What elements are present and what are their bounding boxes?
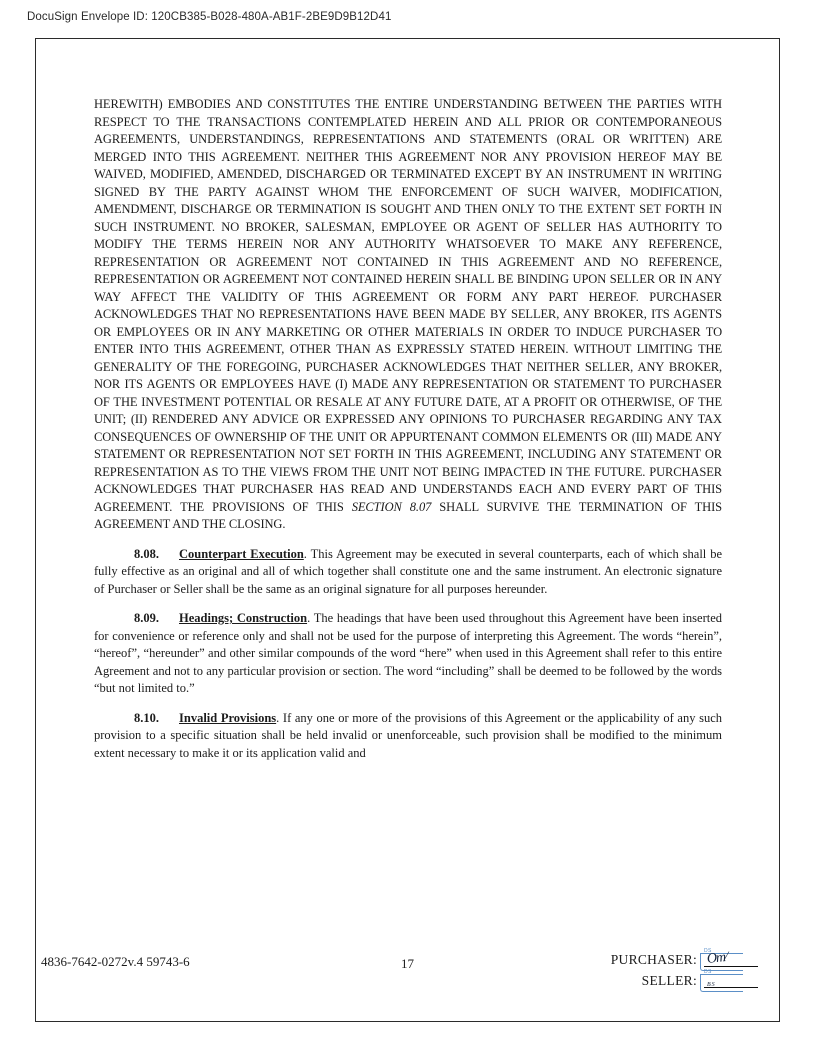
docusign-initial-field-purchaser[interactable]: DS Om∕ (698, 949, 760, 970)
paragraph-text: HEREWITH) EMBODIES AND CONSTITUTES THE E… (94, 97, 722, 514)
section-8-09: 8.09.Headings; Construction. The heading… (94, 610, 722, 698)
docusign-initial-field-seller[interactable]: DS bs (698, 970, 760, 991)
section-heading: Invalid Provisions (179, 711, 276, 725)
purchaser-label: PURCHASER: (611, 950, 697, 970)
docusign-ds-icon: DS (704, 969, 712, 975)
document-body: HEREWITH) EMBODIES AND CONSTITUTES THE E… (94, 96, 722, 762)
docusign-envelope-id: DocuSign Envelope ID: 120CB385-B028-480A… (27, 11, 391, 23)
purchaser-initials: Om∕ (706, 950, 727, 968)
section-heading: Headings; Construction (179, 611, 307, 625)
section-number: 8.09. (134, 611, 179, 625)
seller-label: SELLER: (611, 971, 697, 991)
document-page: HEREWITH) EMBODIES AND CONSTITUTES THE E… (35, 38, 780, 1022)
paragraph-section-8-07-continuation: HEREWITH) EMBODIES AND CONSTITUTES THE E… (94, 96, 722, 534)
section-8-10: 8.10.Invalid Provisions. If any one or m… (94, 710, 722, 763)
section-number: 8.08. (134, 547, 179, 561)
seller-initials: bs (707, 978, 716, 988)
section-heading: Counterpart Execution (179, 547, 304, 561)
section-number: 8.10. (134, 711, 179, 725)
footer-initials-block: PURCHASER: DS Om∕ SELLER: DS bs (611, 949, 760, 991)
section-8-08: 8.08.Counterpart Execution. This Agreeme… (94, 546, 722, 599)
section-8-07-reference: SECTION 8.07 (352, 500, 432, 514)
